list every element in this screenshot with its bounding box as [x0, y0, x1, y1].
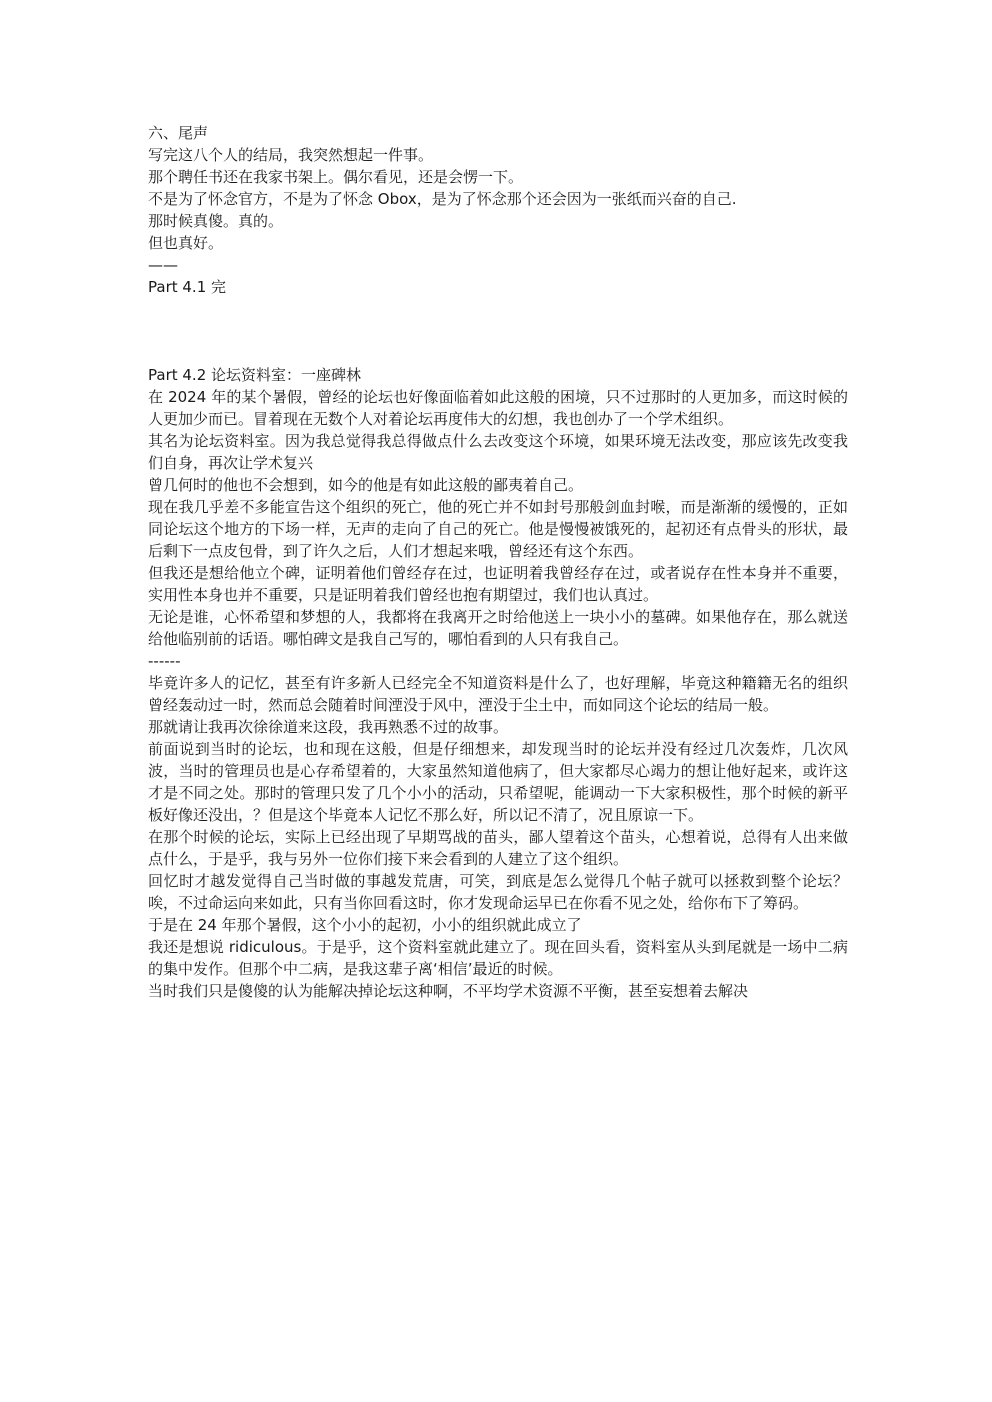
document-page: 六、尾声 写完这八个人的结局，我突然想起一件事。 那个聘任书还在我家书架上。偶尔… — [148, 122, 848, 1002]
paragraph: 但也真好。 — [148, 232, 848, 254]
paragraph: 那个聘任书还在我家书架上。偶尔看见，还是会愣一下。 — [148, 166, 848, 188]
paragraph: 其名为论坛资料室。因为我总觉得我总得做点什么去改变这个环境，如果环境无法改变，那… — [148, 430, 848, 474]
paragraph: 于是在 24 年那个暑假，这个小小的起初，小小的组织就此成立了 — [148, 914, 848, 936]
paragraph: 回忆时才越发觉得自己当时做的事越发荒唐，可笑，到底是怎么觉得几个帖子就可以拯救到… — [148, 870, 848, 914]
paragraph: 毕竟许多人的记忆，甚至有许多新人已经完全不知道资料是什么了，也好理解，毕竟这种籍… — [148, 672, 848, 716]
paragraph: 曾几何时的他也不会想到，如今的他是有如此这般的鄙夷着自己。 — [148, 474, 848, 496]
paragraph: 前面说到当时的论坛，也和现在这般，但是仔细想来，却发现当时的论坛并没有经过几次轰… — [148, 738, 848, 826]
paragraph: 无论是谁，心怀希望和梦想的人，我都将在我离开之时给他送上一块小小的墓碑。如果他存… — [148, 606, 848, 650]
paragraph: 不是为了怀念官方，不是为了怀念 Obox，是为了怀念那个还会因为一张纸而兴奋的自… — [148, 188, 848, 210]
paragraph: 写完这八个人的结局，我突然想起一件事。 — [148, 144, 848, 166]
paragraph: 当时我们只是傻傻的认为能解决掉论坛这种啊，不平均学术资源不平衡，甚至妄想着去解决 — [148, 980, 848, 1002]
part-end-marker: Part 4.1 完 — [148, 276, 848, 298]
section-heading-epilogue: 六、尾声 — [148, 122, 848, 144]
divider: ------ — [148, 650, 848, 672]
section-gap — [148, 298, 848, 364]
divider: —— — [148, 254, 848, 276]
section-title-part-4-2: Part 4.2 论坛资料室：一座碑林 — [148, 364, 848, 386]
paragraph: 在 2024 年的某个暑假，曾经的论坛也好像面临着如此这般的困境，只不过那时的人… — [148, 386, 848, 430]
paragraph: 那就请让我再次徐徐道来这段，我再熟悉不过的故事。 — [148, 716, 848, 738]
paragraph: 我还是想说 ridiculous。于是乎，这个资料室就此建立了。现在回头看，资料… — [148, 936, 848, 980]
paragraph: 那时候真傻。真的。 — [148, 210, 848, 232]
paragraph: 现在我几乎差不多能宣告这个组织的死亡，他的死亡并不如封号那般剑血封喉，而是渐渐的… — [148, 496, 848, 562]
paragraph: 但我还是想给他立个碑，证明着他们曾经存在过，也证明着我曾经存在过，或者说存在性本… — [148, 562, 848, 606]
paragraph: 在那个时候的论坛，实际上已经出现了早期骂战的苗头，鄙人望着这个苗头，心想着说，总… — [148, 826, 848, 870]
